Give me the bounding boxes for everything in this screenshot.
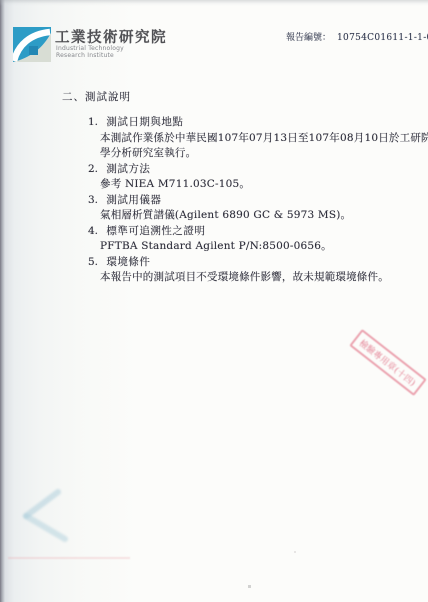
list-item: 3. 測試用儀器 氣相層析質譜儀(Agilent 6890 GC & 5973 … (62, 193, 418, 224)
faint-pink-artifact-line (8, 557, 130, 559)
dust-speck (248, 585, 251, 588)
item-text-line: 本測試作業係於中華民國107年07月13日至107年08月10日於工研院材化所化 (62, 131, 418, 147)
item-number: 4. (88, 224, 98, 240)
list-item: 4. 標準可追溯性之證明 PFTBA Standard Agilent P/N:… (62, 224, 418, 255)
list-item-heading: 1. 測試日期與地點 (62, 115, 418, 131)
item-text-line: PFTBA Standard Agilent P/N:8500-0656。 (62, 239, 418, 255)
scan-edge-shadow-top (0, 0, 428, 6)
item-title: 標準可追溯性之證明 (106, 225, 205, 237)
dust-speck (294, 551, 296, 553)
list-item-heading: 4. 標準可追溯性之證明 (62, 224, 418, 240)
item-text-line: 學分析研究室執行。 (62, 146, 418, 162)
brand-name-zh: 工業技術研究院 (55, 26, 167, 47)
scanned-report-page: 工業技術研究院 Industrial Technology Research I… (0, 0, 428, 602)
list-item-heading: 2. 測試方法 (62, 162, 418, 178)
item-text-line: 氣相層析質譜儀(Agilent 6890 GC & 5973 MS)。 (62, 208, 418, 224)
red-seal-stamp: 檢驗專用章(十四) (349, 329, 427, 396)
report-number-label: 報告編號： (286, 33, 331, 43)
list-item-heading: 5. 環境條件 (62, 255, 418, 271)
item-title: 測試方法 (106, 163, 150, 175)
brand-en-line1: Industrial Technology (56, 45, 124, 52)
list-item: 1. 測試日期與地點 本測試作業係於中華民國107年07月13日至107年08月… (62, 115, 418, 162)
watermark-chevron-icon (12, 486, 76, 546)
itri-logo-icon (13, 27, 51, 62)
section-title: 二、測試說明 (62, 90, 418, 106)
report-number: 報告編號：10754C01611-1-1-01 (286, 30, 428, 43)
item-number: 1. (88, 115, 98, 131)
list-item: 2. 測試方法 參考 NIEA M711.03C-105。 (62, 162, 418, 193)
brand-en-line2: Research Institute (56, 52, 124, 59)
item-title: 測試用儀器 (106, 194, 161, 206)
list-item: 5. 環境條件 本報告中的測試項目不受環境條件影響，故未規範環境條件。 (62, 255, 418, 286)
numbered-list: 1. 測試日期與地點 本測試作業係於中華民國107年07月13日至107年08月… (62, 115, 418, 286)
stamp-text: 檢驗專用章(十四) (357, 337, 419, 389)
item-text-line: 參考 NIEA M711.03C-105。 (62, 177, 418, 193)
item-number: 2. (88, 162, 98, 178)
brand-name-en: Industrial Technology Research Institute (56, 45, 124, 59)
item-number: 5. (88, 255, 98, 271)
item-number: 3. (88, 193, 98, 209)
document-body: 二、測試說明 1. 測試日期與地點 本測試作業係於中華民國107年07月13日至… (62, 90, 418, 286)
item-title: 測試日期與地點 (106, 116, 183, 128)
item-text-line: 本報告中的測試項目不受環境條件影響，故未規範環境條件。 (62, 270, 418, 286)
list-item-heading: 3. 測試用儀器 (62, 193, 418, 209)
item-title: 環境條件 (106, 256, 150, 268)
report-number-value: 10754C01611-1-1-01 (337, 33, 428, 43)
